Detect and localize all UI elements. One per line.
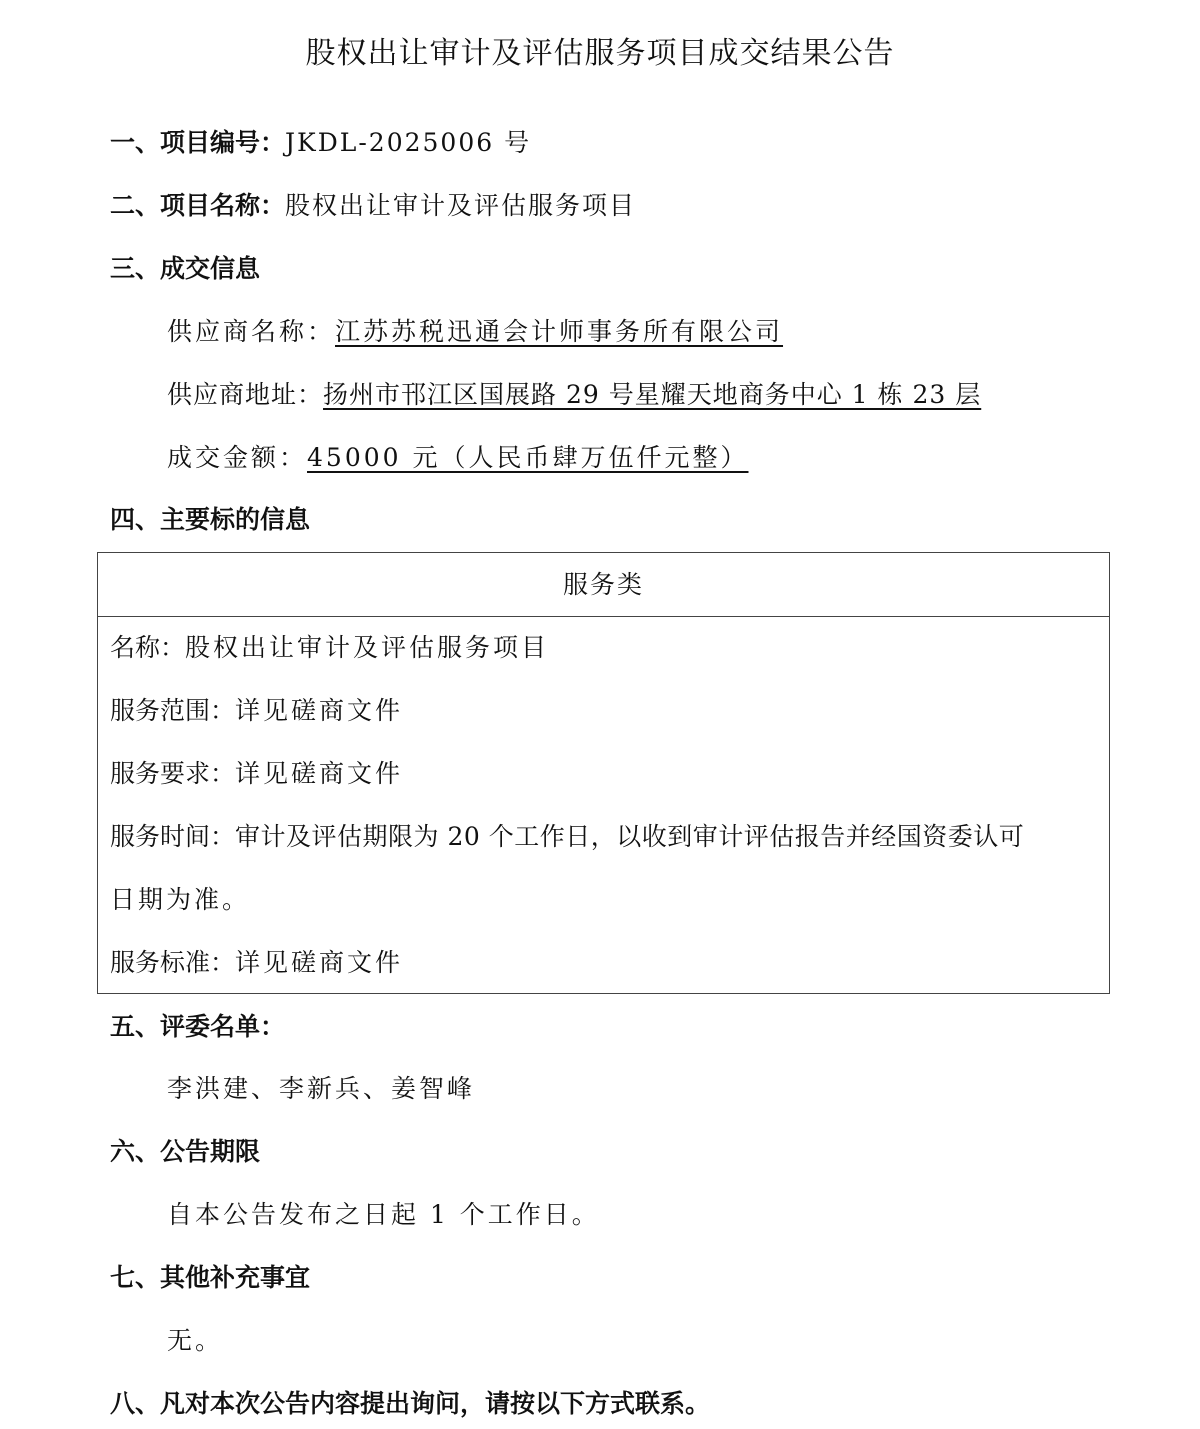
project-name-value: 股权出让审计及评估服务项目: [285, 191, 636, 220]
project-number-label: 一、项目编号：: [110, 128, 285, 157]
row-value: 审计及评估期限为 20 个工作日，以收到审计评估报告并经国资委认可: [235, 822, 1024, 851]
page-title: 股权出让审计及评估服务项目成交结果公告: [0, 28, 1200, 72]
supplier-name-label: 供应商名称：: [167, 317, 335, 346]
supplier-name-value: 江苏苏税迅通会计师事务所有限公司: [335, 317, 797, 346]
row-value: 详见磋商文件: [235, 696, 403, 725]
supplier-address-value: 扬州市邗江区国展路 29 号星耀天地商务中心 1 栋 23 层: [323, 380, 995, 409]
project-number-value: JKDL-2025006 号: [285, 128, 531, 157]
deal-amount: 成交金额：45000 元（人民币肆万伍仟元整）: [167, 441, 763, 475]
row-value: 股权出让审计及评估服务项目: [185, 633, 549, 662]
deal-amount-value: 45000 元（人民币肆万伍仟元整）: [307, 443, 762, 472]
table-header: 服务类: [98, 553, 1109, 617]
section-jury-heading: 五、评委名单：: [110, 1010, 285, 1044]
table-row: 服务时间：审计及评估期限为 20 个工作日，以收到审计评估报告并经国资委认可: [110, 820, 1024, 854]
deal-amount-label: 成交金额：: [167, 443, 307, 472]
table-row: 服务要求：详见磋商文件: [110, 757, 403, 791]
row-value: 详见磋商文件: [235, 759, 403, 788]
other-matters: 无。: [167, 1324, 223, 1358]
project-name-label: 二、项目名称：: [110, 191, 285, 220]
row-value: 详见磋商文件: [235, 948, 403, 977]
table-row-continuation: 日期为准。: [110, 883, 250, 917]
supplier-address: 供应商地址：扬州市邗江区国展路 29 号星耀天地商务中心 1 栋 23 层: [167, 378, 995, 412]
section-period-heading: 六、公告期限: [110, 1135, 260, 1169]
table-row: 名称：股权出让审计及评估服务项目: [110, 631, 549, 665]
table-row: 服务标准：详见磋商文件: [110, 946, 403, 980]
row-label: 服务标准：: [110, 948, 235, 977]
section-other-heading: 七、其他补充事宜: [110, 1261, 310, 1295]
section-contact-heading: 八、凡对本次公告内容提出询问，请按以下方式联系。: [110, 1387, 710, 1421]
row-value-continuation: 日期为准。: [110, 885, 250, 914]
project-number: 一、项目编号：JKDL-2025006 号: [110, 126, 531, 160]
row-label: 服务范围：: [110, 696, 235, 725]
supplier-name: 供应商名称：江苏苏税迅通会计师事务所有限公司: [167, 315, 797, 349]
notice-period: 自本公告发布之日起 1 个工作日。: [167, 1198, 600, 1232]
table-row: 服务范围：详见磋商文件: [110, 694, 403, 728]
supplier-address-label: 供应商地址：: [167, 380, 323, 409]
section-subject-heading: 四、主要标的信息: [110, 503, 310, 537]
project-name: 二、项目名称：股权出让审计及评估服务项目: [110, 189, 636, 223]
subject-info-table: 服务类 名称：股权出让审计及评估服务项目 服务范围：详见磋商文件 服务要求：详见…: [97, 552, 1110, 994]
row-label: 服务时间：: [110, 822, 235, 851]
row-label: 服务要求：: [110, 759, 235, 788]
row-label: 名称：: [110, 633, 185, 662]
jury-list: 李洪建、李新兵、姜智峰: [167, 1072, 475, 1106]
section-deal-info-heading: 三、成交信息: [110, 252, 260, 286]
